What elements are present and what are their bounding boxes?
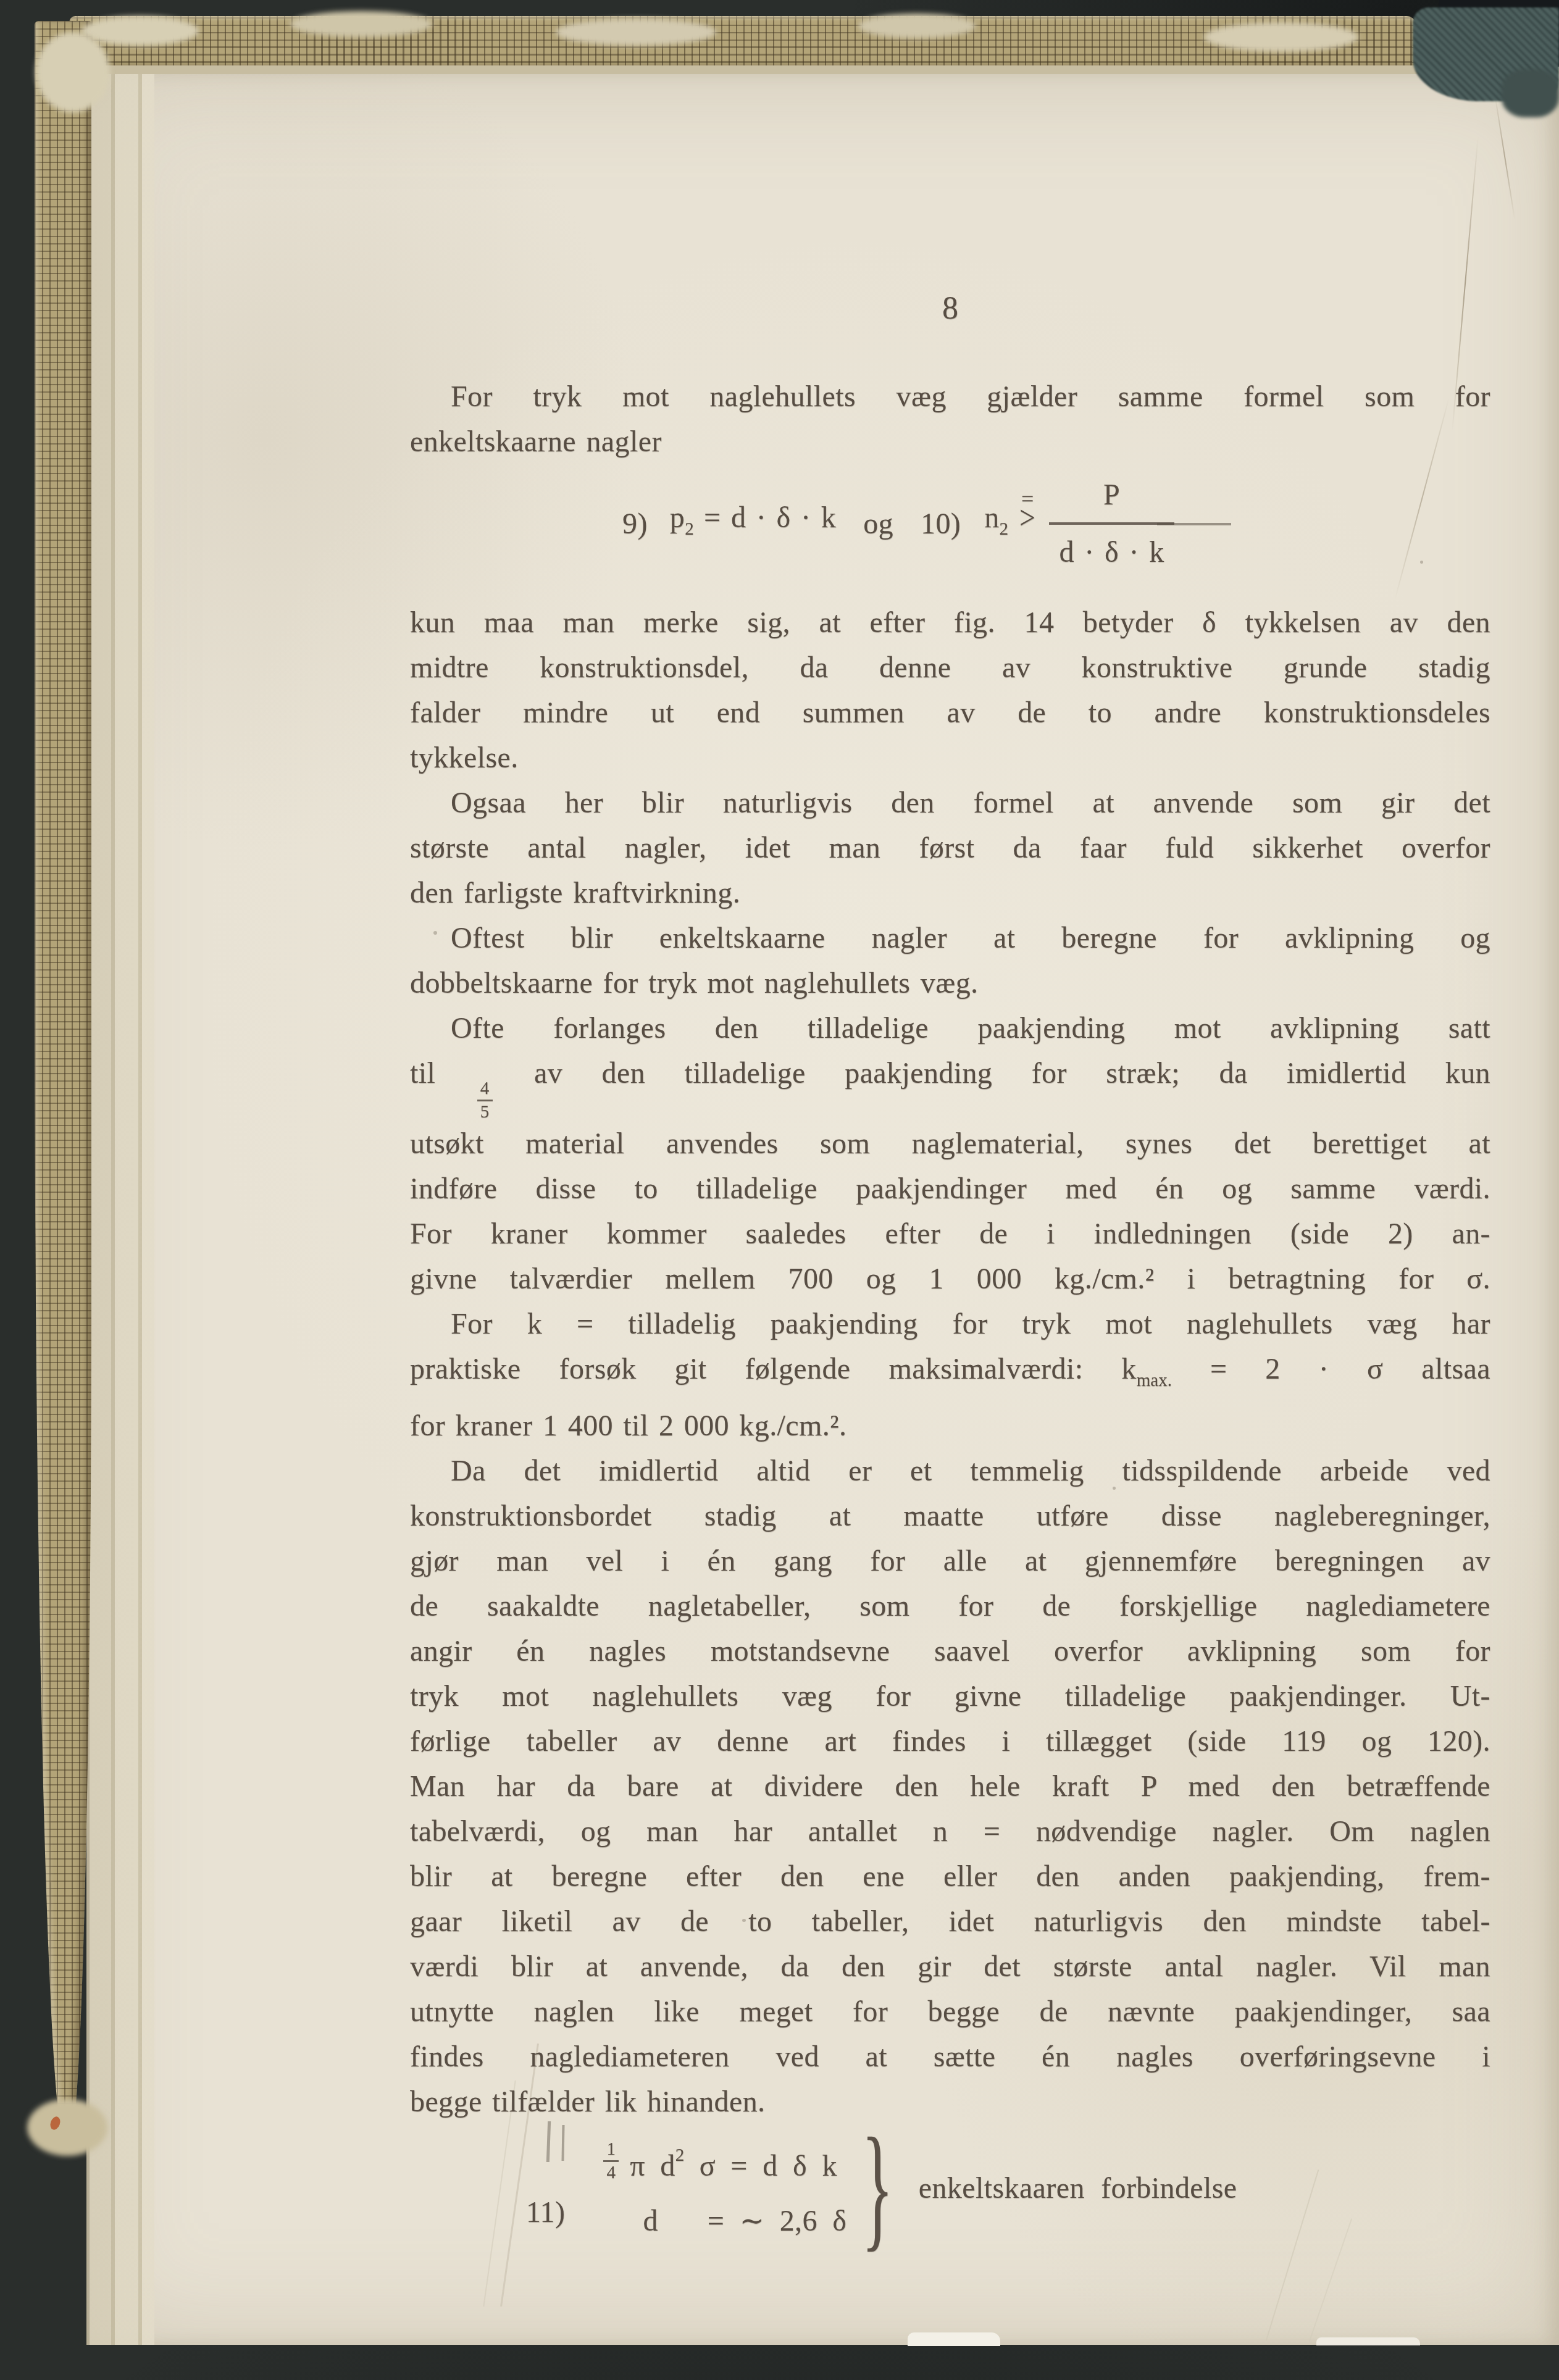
paragraph: kun maa man merke sig, at efter fig. 14 … <box>410 600 1490 2124</box>
subscript: max. <box>1137 1371 1172 1390</box>
curly-brace: } <box>861 2117 893 2256</box>
equation-11-row1: 14 π d2 σ = d δ k <box>601 2133 846 2189</box>
text-line: falder mindre ut end summen av de to and… <box>410 690 1490 735</box>
page-number: 8 <box>410 290 1490 327</box>
text-line: utnytte naglen like meget for begge de n… <box>410 1989 1490 2034</box>
text-line: kun maa man merke sig, at efter fig. 14 … <box>410 600 1490 645</box>
greater-equal-sign: => <box>1019 488 1035 532</box>
text-line: konstruktionsbordet stadig at maatte utf… <box>410 1493 1490 1539</box>
text-line: givne talværdier mellem 700 og 1 000 kg.… <box>410 1256 1490 1301</box>
subscript: 2 <box>1000 519 1009 539</box>
fraction-denominator: d · δ · k <box>1049 522 1174 575</box>
text-line: værdi blir at anvende, da den gir det st… <box>410 1944 1490 1989</box>
text-line: Man har da bare at dividere den hele kra… <box>410 1764 1490 1809</box>
text-line: gjør man vel i én gang for alle at gjenn… <box>410 1539 1490 1584</box>
page-stack-edge <box>86 73 159 2345</box>
frayed-cloth-fuzz <box>27 2099 107 2156</box>
text-line: Oftest blir enkeltskaarne nagler at bere… <box>410 916 1490 961</box>
frayed-cloth-fuzz <box>36 32 110 112</box>
subscript: 2 <box>685 519 694 539</box>
text-line: midtre konstruktionsdel, da denne av kon… <box>410 645 1490 690</box>
book-page: 8 For tryk mot naglehullets væg gjælder … <box>86 73 1559 2345</box>
text-line: praktiske forsøk git følgende maksimalvæ… <box>410 1347 1490 1403</box>
text-line: findes naglediameteren ved at sætte én n… <box>410 2034 1490 2079</box>
text-line: for kraner 1 400 til 2 000 kg./cm.². <box>410 1403 1490 1448</box>
text-line: største antal nagler, idet man først da … <box>410 825 1490 871</box>
superscript: 2 <box>675 2145 685 2165</box>
text-line: førlige tabeller av denne art findes i t… <box>410 1719 1490 1764</box>
equation-11-label: enkeltskaaren forbindelse <box>919 2166 1237 2211</box>
paper-chip <box>1316 2337 1420 2345</box>
equation-number: 11) <box>526 2190 565 2235</box>
text-line: indføre disse to tilladelige paakjending… <box>410 1166 1490 1211</box>
equation-number: 10) <box>921 501 961 546</box>
text-line: de saakaldte nagletabeller, som for de f… <box>410 1584 1490 1629</box>
frayed-cloth-fuzz <box>82 16 199 46</box>
fraction: 14 <box>603 2140 619 2182</box>
cover-cloth-fragment <box>1502 69 1559 117</box>
equation-9-expression: p2 = d · δ · k <box>670 495 836 552</box>
text-line: For tryk mot naglehullets væg gjælder sa… <box>410 374 1490 419</box>
text-line: Ogsaa her blir naturligvis den formel at… <box>410 780 1490 825</box>
inline-fraction: 45 <box>477 1080 493 1121</box>
text-line: blir at beregne efter den ene eller den … <box>410 1854 1490 1899</box>
formula-9-10: 9) p2 = d · δ · k og 10) n2 => Pd · δ · … <box>622 469 1490 578</box>
text-line: For kraner kommer saaledes efter de i in… <box>410 1211 1490 1256</box>
frayed-cloth-fuzz <box>858 14 976 38</box>
conjunction-og: og <box>863 501 893 546</box>
text-line: utsøkt material anvendes som naglemateri… <box>410 1121 1490 1166</box>
equation-number: 9) <box>622 501 648 546</box>
paragraph: For tryk mot naglehullets væg gjælder sa… <box>410 374 1490 464</box>
equation-11-row2: d = ∼ 2,6 δ <box>601 2198 846 2244</box>
text-line: tabelværdi, og man har antallet n = nødv… <box>410 1809 1490 1854</box>
paper-chip <box>908 2332 1000 2346</box>
formula-11: 11) 14 π d2 σ = d δ k d = ∼ 2,6 δ } enke… <box>526 2133 1490 2244</box>
equation-10-lhs: n2 <box>984 495 1008 552</box>
scanner-background: { "scan": { "page_number": "8", "body": … <box>0 0 1559 2380</box>
text-line: gaar liketil av de to tabeller, idet nat… <box>410 1899 1490 1944</box>
frayed-cloth-fuzz <box>1204 22 1358 52</box>
fraction-numerator: P <box>1103 472 1120 522</box>
body-text: For tryk mot naglehullets væg gjælder sa… <box>410 374 1490 2244</box>
text-line: Ofte forlanges den tilladelige paakjendi… <box>410 1006 1490 1051</box>
fraction: Pd · δ · k <box>1049 472 1174 575</box>
text-line: dobbeltskaarne for tryk mot naglehullets… <box>410 961 1490 1006</box>
text-line: angir én nagles motstandsevne saavel ove… <box>410 1629 1490 1674</box>
text-line: begge tilfælder lik hinanden. <box>410 2079 1490 2124</box>
text-line: tykkelse. <box>410 735 1490 780</box>
frayed-cloth-fuzz <box>556 19 716 46</box>
text-line: den farligste kraftvirkning. <box>410 871 1490 916</box>
text-line: enkeltskaarne nagler <box>410 419 1490 464</box>
text-line: For k = tilladelig paakjending for tryk … <box>410 1301 1490 1347</box>
page-top-edge <box>73 65 1559 74</box>
text-line: Da det imidlertid altid er et temmelig t… <box>410 1448 1490 1493</box>
text-line: tryk mot naglehullets væg for givne till… <box>410 1674 1490 1719</box>
binding-cloth-left <box>35 21 91 2148</box>
equation-11-system: 14 π d2 σ = d δ k d = ∼ 2,6 δ <box>601 2133 846 2244</box>
frayed-cloth-fuzz <box>290 11 432 37</box>
text-line: til 45 av den tilladelige paakjending fo… <box>410 1051 1490 1121</box>
